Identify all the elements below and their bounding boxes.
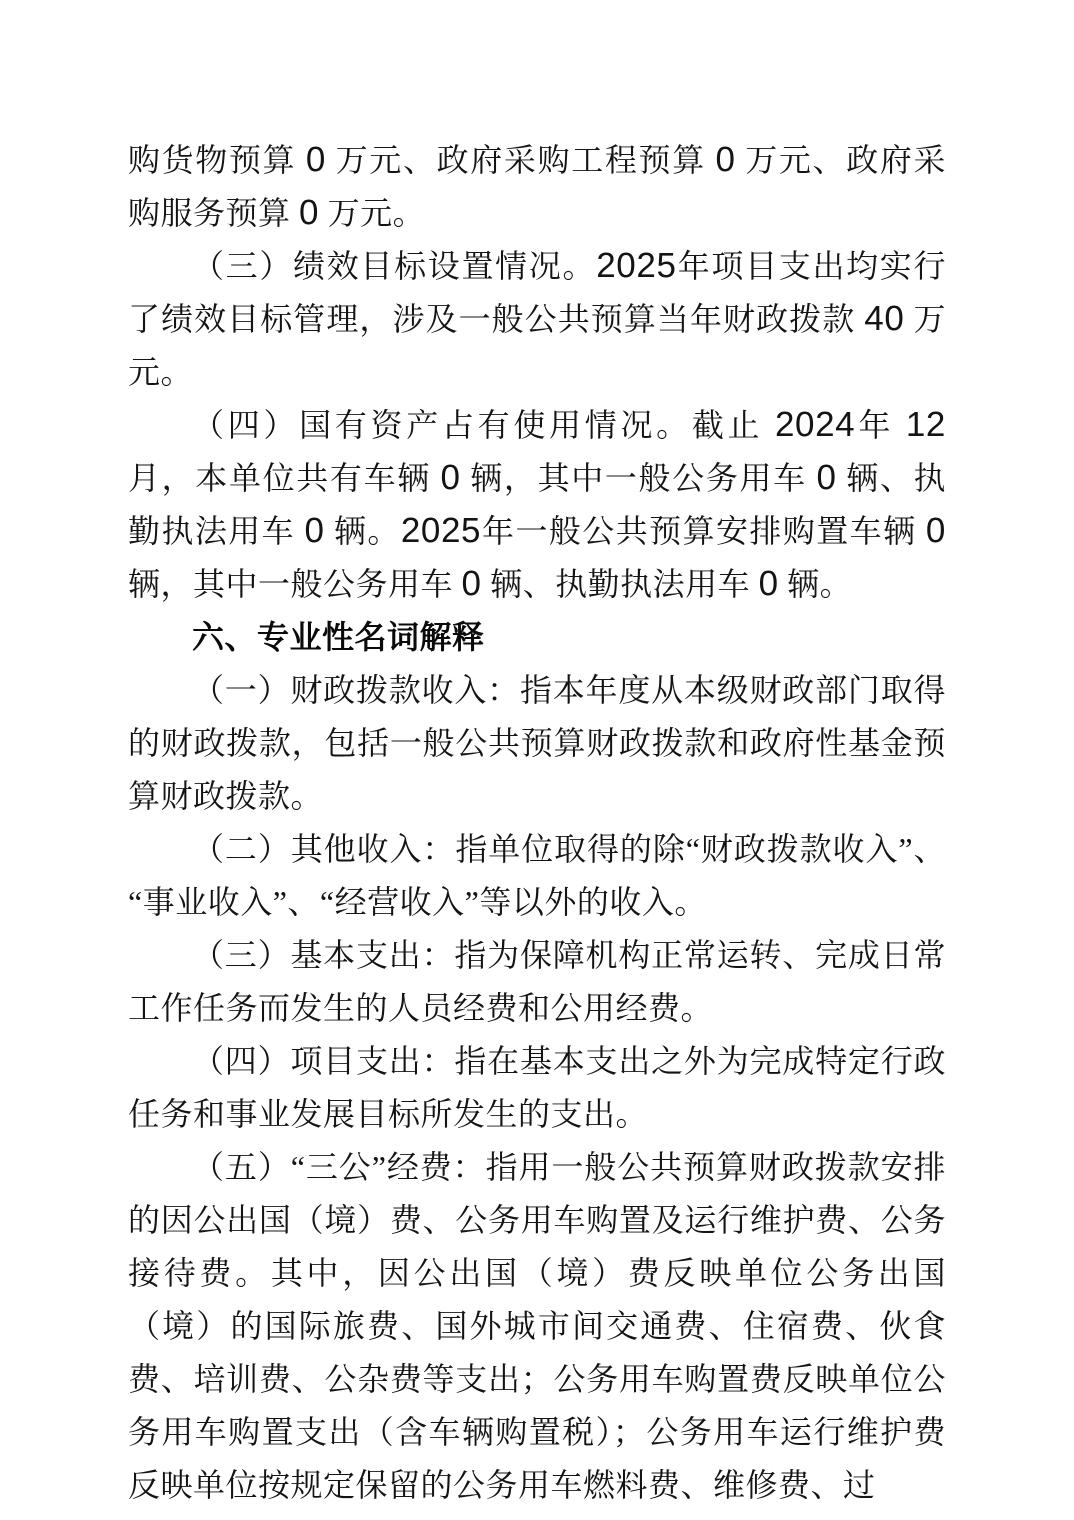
glossary-item-fiscal-appropriation-income: （一）财政拨款收入：指本年度从本级财政部门取得的财政拨款，包括一般公共预算财政拨…: [128, 664, 946, 823]
glossary-item-other-income: （二）其他收入：指单位取得的除“财政拨款收入”、“事业收入”、“经营收入”等以外…: [128, 823, 946, 929]
glossary-item-project-expenditure: （四）项目支出：指在基本支出之外为完成特定行政任务和事业发展目标所发生的支出。: [128, 1035, 946, 1141]
document-page: 购货物预算 0 万元、政府采购工程预算 0 万元、政府采购服务预算 0 万元。 …: [0, 0, 1074, 1520]
paragraph-state-owned-assets: （四）国有资产占有使用情况。截止 2024年 12 月，本单位共有车辆 0 辆，…: [128, 399, 946, 611]
glossary-item-basic-expenditure: （三）基本支出：指为保障机构正常运转、完成日常工作任务而发生的人员经费和公用经费…: [128, 929, 946, 1035]
glossary-item-three-public-funds: （五）“三公”经费：指用一般公共预算财政拨款安排的因公出国（境）费、公务用车购置…: [128, 1141, 946, 1512]
glossary-section-heading: 六、专业性名词解释: [128, 611, 946, 664]
paragraph-performance-target-setting: （三）绩效目标设置情况。2025年项目支出均实行了绩效目标管理，涉及一般公共预算…: [128, 240, 946, 399]
paragraph-procurement-budget-continued: 购货物预算 0 万元、政府采购工程预算 0 万元、政府采购服务预算 0 万元。: [128, 134, 946, 240]
